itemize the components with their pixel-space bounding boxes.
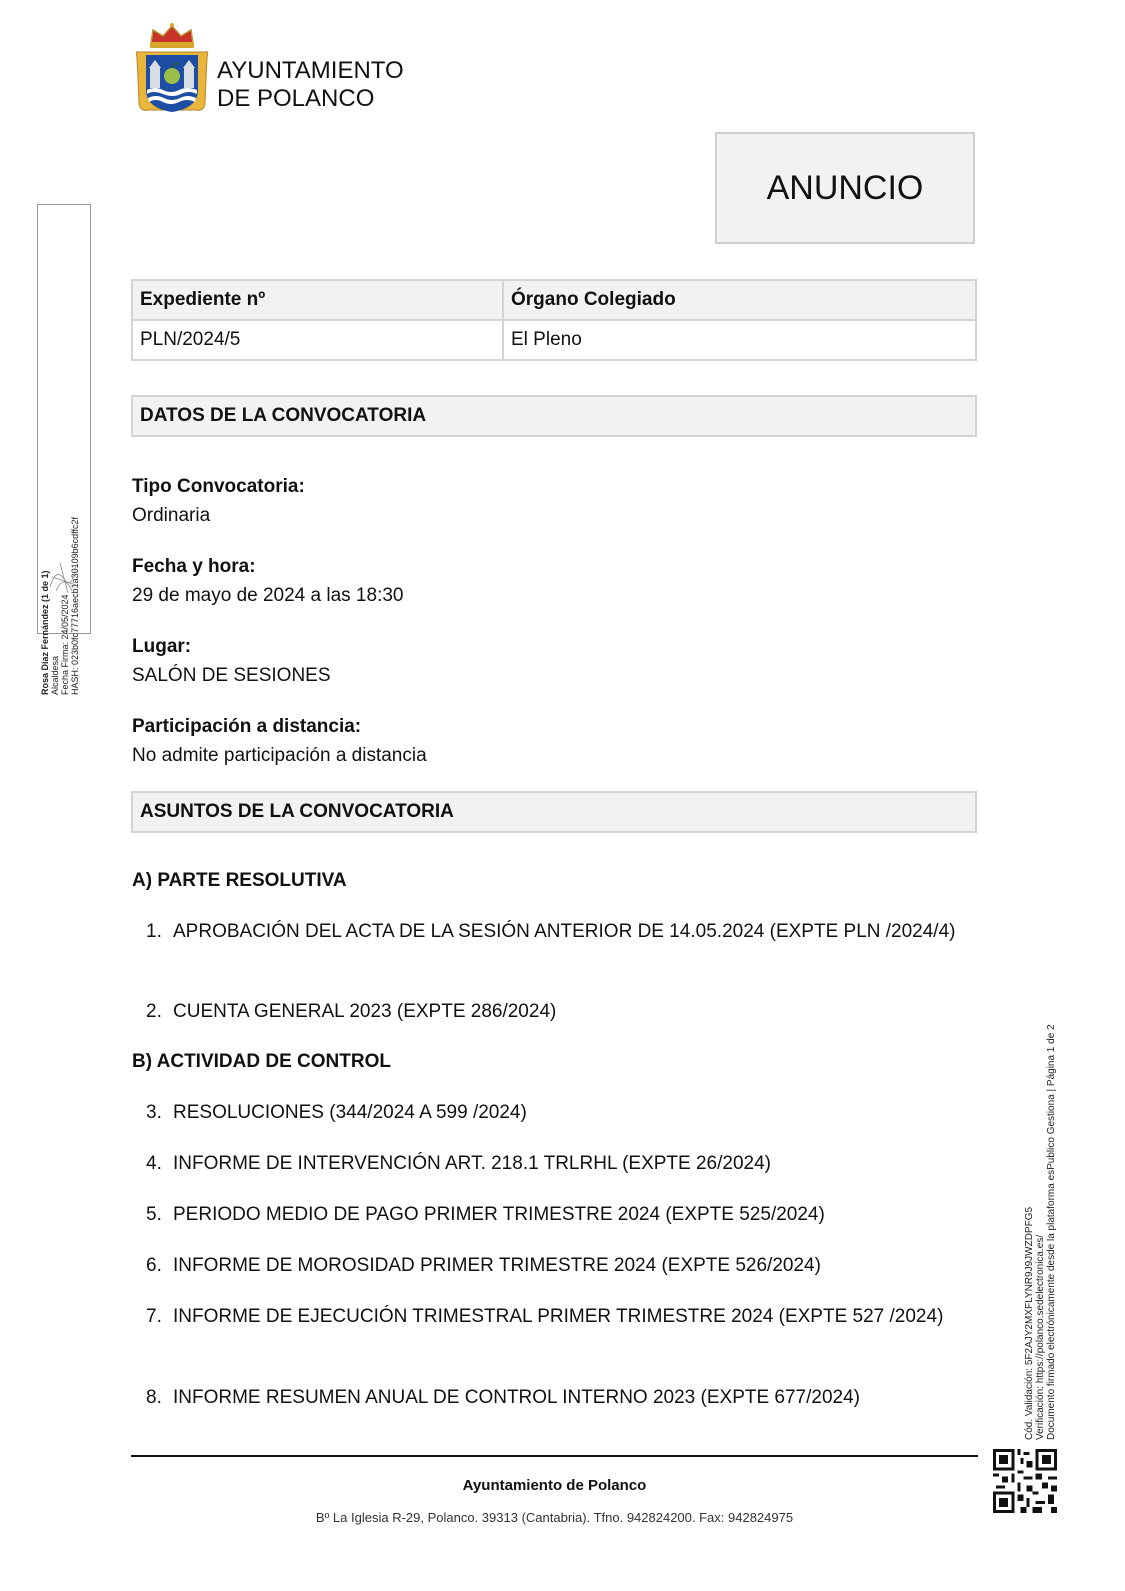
handwritten-signature-icon (46, 557, 82, 597)
item-text: INFORME RESUMEN ANUAL DE CONTROL INTERNO… (173, 1383, 977, 1413)
signer-role: Alcaldesa (50, 517, 60, 695)
table-header-row: Expediente nº Órgano Colegiado (132, 280, 976, 320)
item-number: 3. (146, 1098, 162, 1128)
agenda-item: 3. RESOLUCIONES (344/2024 A 599 /2024) (132, 1098, 977, 1128)
item-number: 5. (146, 1200, 162, 1230)
item-number: 2. (146, 997, 162, 1027)
field-value: Ordinaria (132, 501, 305, 530)
field-value: SALÓN DE SESIONES (132, 661, 331, 690)
item-number: 6. (146, 1251, 162, 1281)
signature-text: Rosa Díaz Fernández (1 de 1) Alcaldesa F… (40, 517, 80, 695)
verification-info: Cód. Validación: 5F2AJY2MXFLYNR9J9JWZDPF… (1024, 1024, 1057, 1440)
item-text: INFORME DE INTERVENCIÓN ART. 218.1 TRLRH… (173, 1149, 977, 1179)
section-asuntos-convocatoria: ASUNTOS DE LA CONVOCATORIA (131, 791, 977, 833)
qr-code-icon (993, 1449, 1057, 1513)
footer-divider (131, 1455, 978, 1457)
agenda-item: 7. INFORME DE EJECUCIÓN TRIMESTRAL PRIME… (132, 1302, 977, 1332)
agenda-item: 1. APROBACIÓN DEL ACTA DE LA SESIÓN ANTE… (132, 917, 977, 947)
signature-stamp: Rosa Díaz Fernández (1 de 1) Alcaldesa F… (37, 204, 91, 634)
signature-hash: HASH: 023b0fc77716aecb1a30109b6cdffc2f (70, 517, 80, 695)
organo-value: El Pleno (503, 320, 976, 360)
item-text: INFORME DE EJECUCIÓN TRIMESTRAL PRIMER T… (173, 1302, 977, 1332)
item-text: APROBACIÓN DEL ACTA DE LA SESIÓN ANTERIO… (173, 917, 977, 947)
item-number: 8. (146, 1383, 162, 1413)
expediente-table: Expediente nº Órgano Colegiado PLN/2024/… (131, 279, 977, 361)
field-label: Participación a distancia: (132, 712, 427, 741)
verification-url[interactable]: Verificación: https://polanco.sedelectro… (1035, 1024, 1046, 1440)
header-expediente: Expediente nº (132, 280, 503, 320)
document-title: ANUNCIO (715, 132, 975, 244)
coat-of-arms-icon (135, 22, 209, 116)
item-number: 1. (146, 917, 162, 947)
org-name-line2: DE POLANCO (217, 85, 404, 113)
organization-name: AYUNTAMIENTO DE POLANCO (217, 57, 404, 113)
agenda-item: 4. INFORME DE INTERVENCIÓN ART. 218.1 TR… (132, 1149, 977, 1179)
field-lugar: Lugar: SALÓN DE SESIONES (132, 632, 331, 690)
agenda-item: 2. CUENTA GENERAL 2023 (EXPTE 286/2024) (132, 997, 977, 1027)
field-label: Lugar: (132, 632, 331, 661)
part-b-heading: B) ACTIVIDAD DE CONTROL (132, 1051, 391, 1073)
field-value: 29 de mayo de 2024 a las 18:30 (132, 581, 403, 610)
signature-date: Fecha Firma: 24/05/2024 (60, 517, 70, 695)
field-fecha-hora: Fecha y hora: 29 de mayo de 2024 a las 1… (132, 552, 403, 610)
table-row: PLN/2024/5 El Pleno (132, 320, 976, 360)
section-datos-convocatoria: DATOS DE LA CONVOCATORIA (131, 395, 977, 437)
expediente-value: PLN/2024/5 (132, 320, 503, 360)
field-value: No admite participación a distancia (132, 741, 427, 770)
item-number: 7. (146, 1302, 162, 1332)
field-label: Tipo Convocatoria: (132, 472, 305, 501)
agenda-item: 8. INFORME RESUMEN ANUAL DE CONTROL INTE… (132, 1383, 977, 1413)
field-participacion-distancia: Participación a distancia: No admite par… (132, 712, 427, 770)
field-tipo-convocatoria: Tipo Convocatoria: Ordinaria (132, 472, 305, 530)
footer-organization: Ayuntamiento de Polanco (131, 1477, 978, 1494)
header-organo: Órgano Colegiado (503, 280, 976, 320)
agenda-item: 6. INFORME DE MOROSIDAD PRIMER TRIMESTRE… (132, 1251, 977, 1281)
document-signed-note: Documento firmado electrónicamente desde… (1046, 1024, 1057, 1440)
item-text: CUENTA GENERAL 2023 (EXPTE 286/2024) (173, 997, 977, 1027)
agenda-item: 5. PERIODO MEDIO DE PAGO PRIMER TRIMESTR… (132, 1200, 977, 1230)
signer-name: Rosa Díaz Fernández (1 de 1) (40, 517, 50, 695)
org-name-line1: AYUNTAMIENTO (217, 57, 404, 85)
item-text: INFORME DE MOROSIDAD PRIMER TRIMESTRE 20… (173, 1251, 977, 1281)
item-number: 4. (146, 1149, 162, 1179)
footer-address: Bº La Iglesia R-29, Polanco. 39313 (Cant… (131, 1510, 978, 1525)
item-text: RESOLUCIONES (344/2024 A 599 /2024) (173, 1098, 977, 1128)
field-label: Fecha y hora: (132, 552, 403, 581)
part-a-heading: A) PARTE RESOLUTIVA (132, 870, 347, 892)
validation-code: Cód. Validación: 5F2AJY2MXFLYNR9J9JWZDPF… (1024, 1024, 1035, 1440)
item-text: PERIODO MEDIO DE PAGO PRIMER TRIMESTRE 2… (173, 1200, 977, 1230)
